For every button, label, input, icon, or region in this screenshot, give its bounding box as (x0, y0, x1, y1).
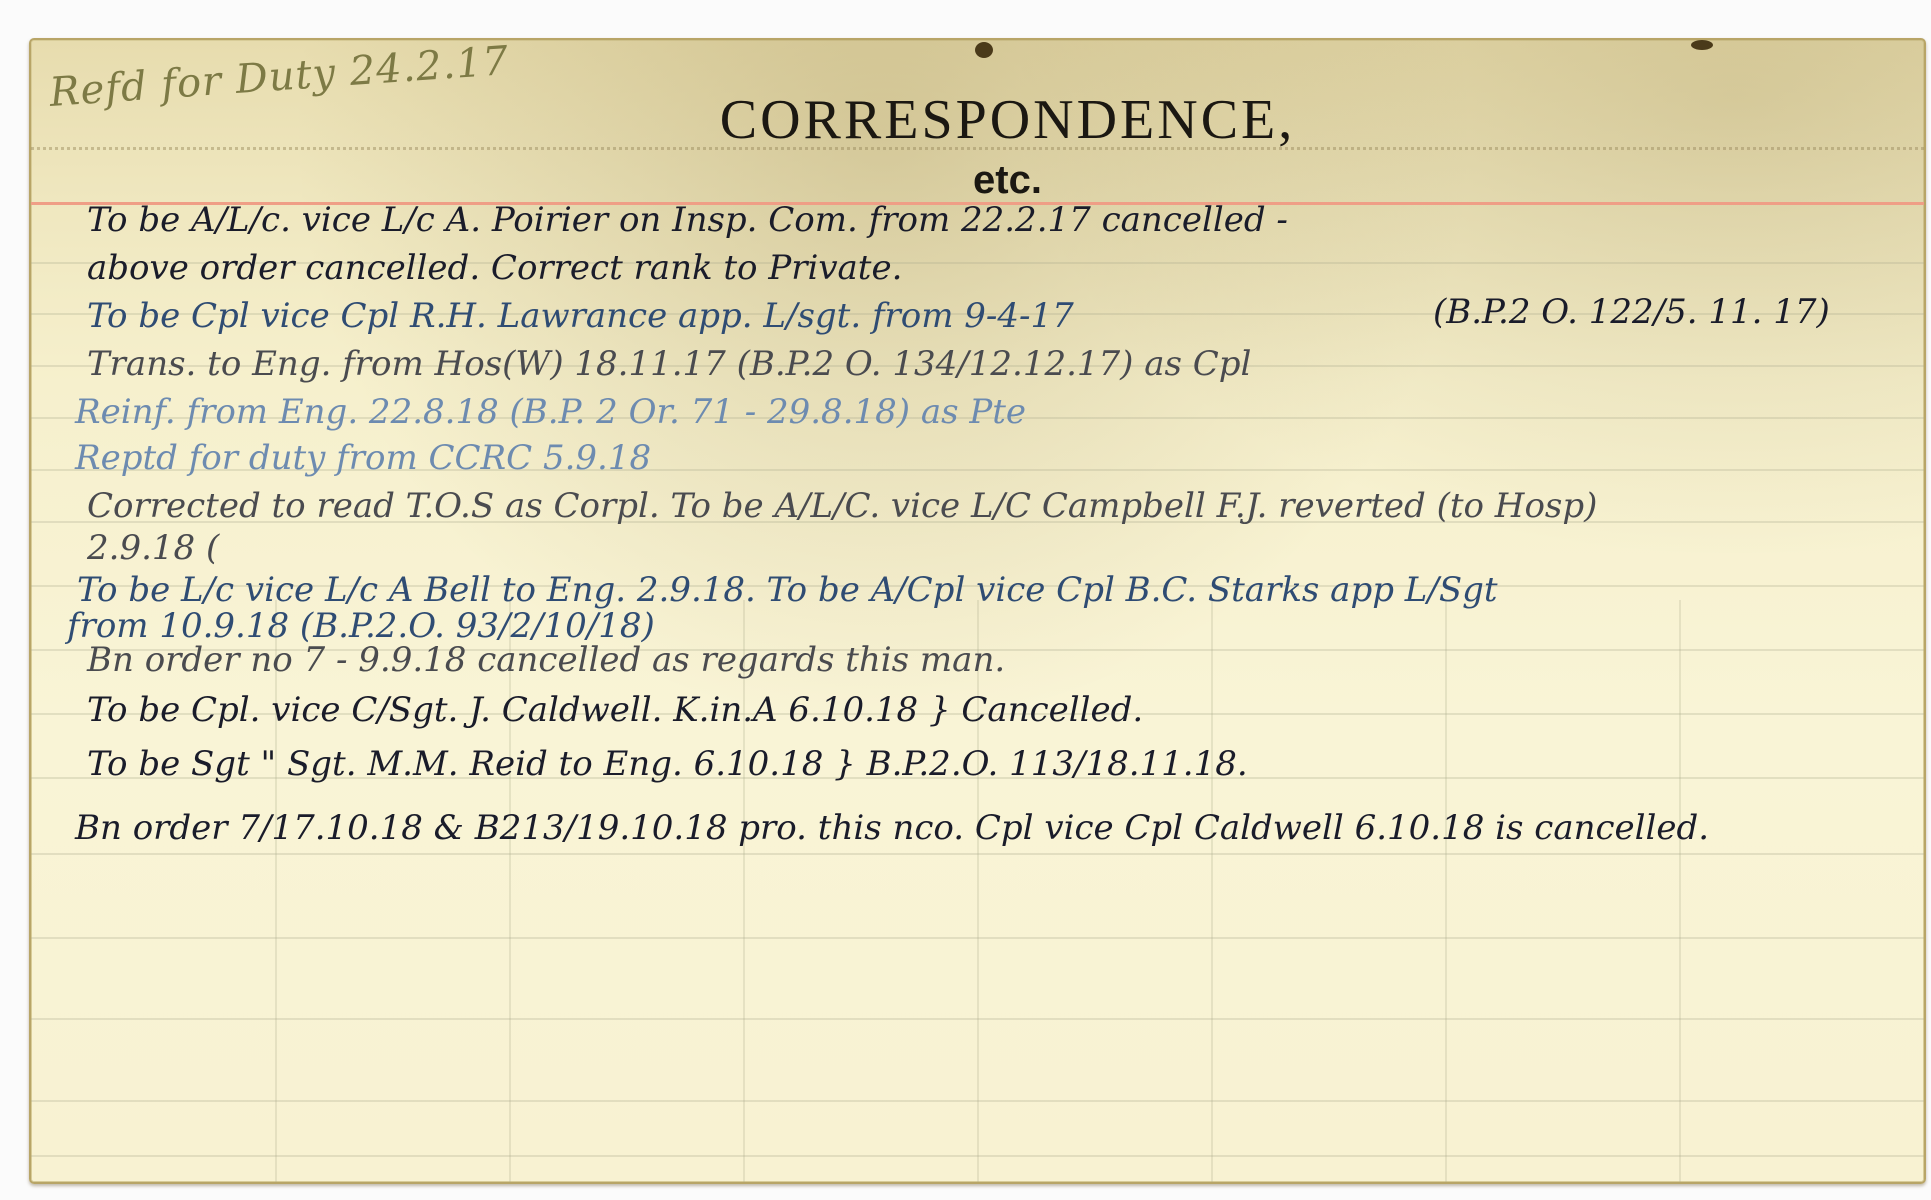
entry-line: Reptd for duty from CCRC 5.9.18 (75, 438, 651, 478)
entry-line: 2.9.18 ( (87, 528, 219, 568)
entry-line: To be Cpl. vice C/Sgt. J. Caldwell. K.in… (87, 690, 1143, 730)
entry-line: (B.P.2 O. 122/5. 11. 17) (1433, 292, 1830, 332)
entry-line: Trans. to Eng. from Hos(W) 18.11.17 (B.P… (87, 344, 1251, 384)
entry-line: To be Sgt " Sgt. M.M. Reid to Eng. 6.10.… (87, 744, 1248, 784)
entry-line: Bn order 7/17.10.18 & B213/19.10.18 pro.… (75, 808, 1709, 848)
record-card: Refd for Duty 24.2.17 CORRESPONDENCE, et… (29, 38, 1926, 1184)
entry-line: To be Cpl vice Cpl R.H. Lawrance app. L/… (87, 296, 1074, 336)
entry-line: To be L/c vice L/c A Bell to Eng. 2.9.18… (77, 570, 1498, 610)
entry-line: Bn order no 7 - 9.9.18 cancelled as rega… (87, 640, 1005, 680)
entry-line: To be A/L/c. vice L/c A. Poirier on Insp… (87, 200, 1288, 240)
entry-line: above order cancelled. Correct rank to P… (87, 248, 902, 288)
entry-line: Reinf. from Eng. 22.8.18 (B.P. 2 Or. 71 … (75, 392, 1026, 432)
correspondence-entries: To be A/L/c. vice L/c A. Poirier on Insp… (31, 40, 1924, 1182)
entry-line: Corrected to read T.O.S as Corpl. To be … (87, 486, 1597, 526)
